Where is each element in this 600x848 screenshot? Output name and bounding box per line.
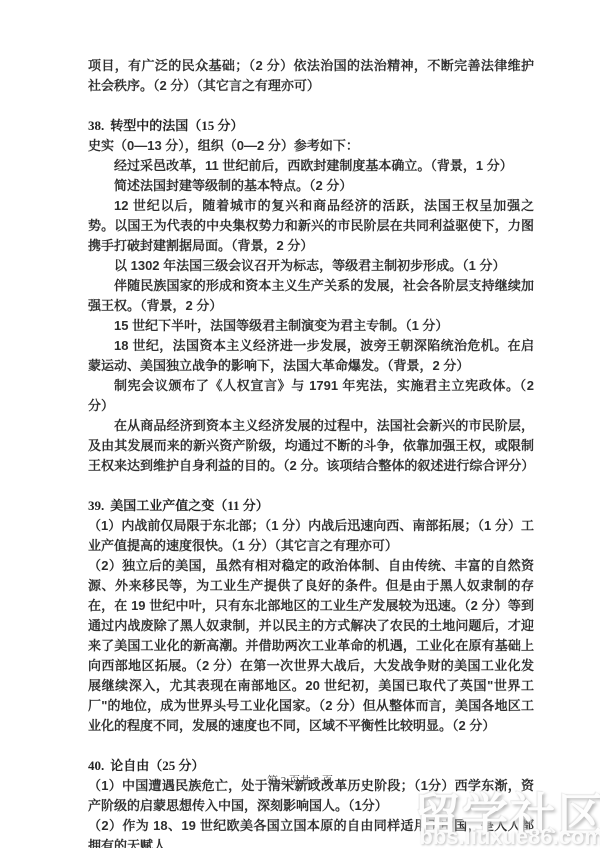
answer-paragraph: 18 世纪，法国资本主义经济进一步发展，波旁王朝深陷统治危机。在启蒙运动、美国独… bbox=[88, 336, 534, 376]
answer-paragraph: （1）内战前仅局限于东北部；（1 分）内战后迅速向西、南部拓展；（1 分）工业产… bbox=[88, 516, 534, 556]
answer-paragraph: 15 世纪下半叶，法国等级君主制演变为君主专制。（1 分） bbox=[88, 316, 534, 336]
document-page: 项目，有广泛的民众基础；（2 分）依法治国的法治精神，不断完善法律维护社会秩序。… bbox=[0, 0, 600, 848]
answer-paragraph: 以 1302 年法国三级会议召开为标志，等级君主制初步形成。（1 分） bbox=[88, 256, 534, 276]
question-40-number: 40. bbox=[88, 758, 104, 773]
question-38-title: 转型中的法国（15 分） bbox=[110, 118, 243, 133]
question-39-title: 美国工业产值之变（11 分） bbox=[110, 498, 269, 513]
question-39-number: 39. bbox=[88, 498, 104, 513]
question-38-header: 38.转型中的法国（15 分） bbox=[88, 116, 534, 136]
answer-paragraph: 经过采邑改革，11 世纪前后，西欧封建制度基本确立。（背景，1 分） bbox=[88, 156, 534, 176]
answer-paragraph: 12 世纪以后，随着城市的复兴和商品经济的活跃，法国王权呈加强之势。以国王为代表… bbox=[88, 196, 534, 256]
answer-paragraph: 在从商品经济到资本主义经济发展的过程中，法国社会新兴的市民阶层，及由其发展而来的… bbox=[88, 416, 534, 476]
answer-paragraph: 制宪会议颁布了《人权宣言》与 1791 年宪法，实施君主立宪政体。（2 分） bbox=[88, 376, 534, 416]
page-footer: 第 2 页共 3 页 bbox=[0, 772, 600, 788]
question-38-scoring-note: 史实（0—13 分），组织（0—2 分）参考如下： bbox=[88, 136, 534, 156]
answer-paragraph: 伴随民族国家的形成和资本主义生产关系的发展，社会各阶层支持继续加强王权。（背景，… bbox=[88, 276, 534, 316]
question-38-number: 38. bbox=[88, 118, 104, 133]
answer-paragraph: （2）独立后的美国，虽然有相对稳定的政治体制、自由传统、丰富的自然资源、外来移民… bbox=[88, 556, 534, 736]
answer-paragraph: 简述法国封建等级制的基本特点。（2 分） bbox=[88, 176, 534, 196]
question-39-header: 39.美国工业产值之变（11 分） bbox=[88, 496, 534, 516]
answer-paragraph: （2）作为 18、19 世纪欧美各国立国本原的自由同样适用于中国，是人人都拥有的… bbox=[88, 816, 534, 848]
question-40-title: 论自由（25 分） bbox=[110, 758, 204, 773]
continuation-paragraph: 项目，有广泛的民众基础；（2 分）依法治国的法治精神，不断完善法律维护社会秩序。… bbox=[88, 56, 534, 96]
answer-sheet-content: 项目，有广泛的民众基础；（2 分）依法治国的法治精神，不断完善法律维护社会秩序。… bbox=[88, 56, 534, 848]
